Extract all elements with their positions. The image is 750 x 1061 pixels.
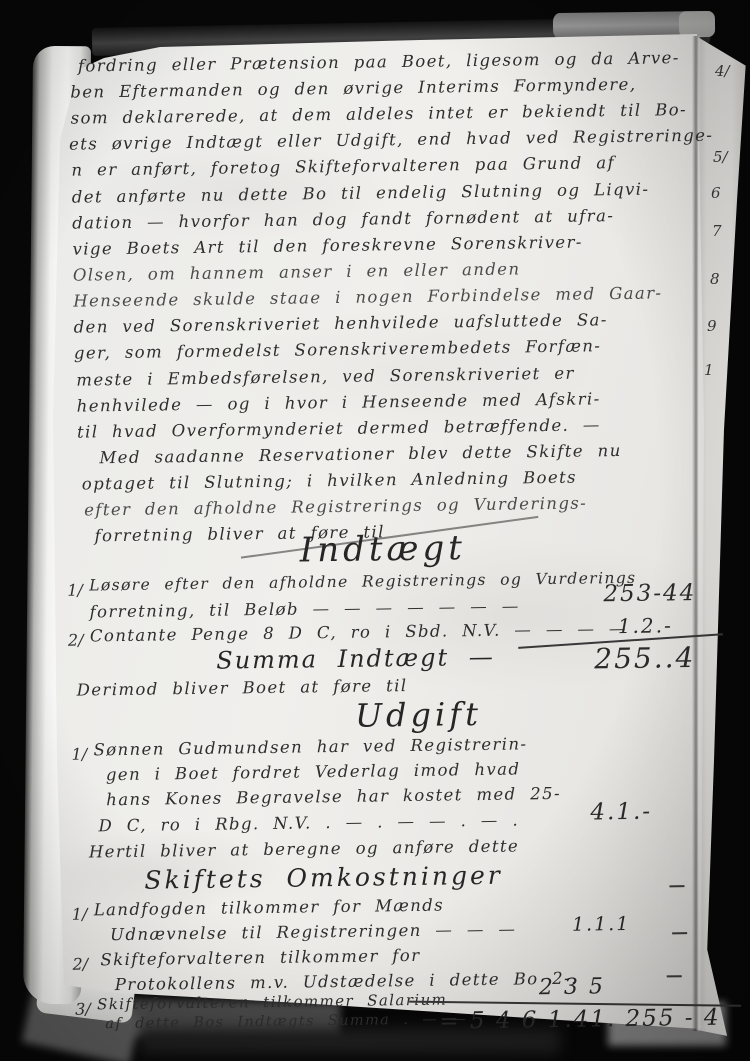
manuscript-line: ger, som formedelst Sorenskriverembedets… <box>74 336 602 362</box>
manuscript-line: som deklarerede, at dem aldeles intet er… <box>71 100 688 128</box>
amount-value: 1.2.- <box>618 613 673 638</box>
manuscript-line: meste i Embedsførelsen, ved Sorenskriver… <box>76 364 575 390</box>
manuscript-line: D C, ro i Rbg. N.V. . — . — — . — . <box>98 810 519 835</box>
manuscript-line: fordring eller Prætension paa Boet, lige… <box>78 48 680 75</box>
manuscript-line: Hertil bliver at beregne og anføre dette <box>89 836 519 861</box>
amount-value: 253-44 <box>603 580 696 607</box>
manuscript-line: af dette Bos Indtægts Summa . — — <box>105 1011 467 1032</box>
manuscript-line: Henseende skulde staae i nogen Forbindel… <box>73 283 662 310</box>
manuscript-line: henhvilede — og i hvor i Henseende med A… <box>77 389 601 415</box>
item-marker: 1/ <box>71 744 87 763</box>
stray-ink-mark <box>672 932 687 934</box>
item-marker: 1/ <box>72 905 88 924</box>
item-marker: 1/ <box>67 581 83 600</box>
manuscript-line: ets øvrige Indtægt eller Udgift, end hva… <box>69 126 713 154</box>
manuscript-line: dation — hvorfor han dog fandt fornødent… <box>72 206 614 233</box>
manuscript-line: forretning, til Beløb — — — — — — — <box>89 596 519 621</box>
item-marker: 2/ <box>68 631 84 650</box>
manuscript-line: Landfogden tilkommer for Mænds <box>94 896 445 920</box>
manuscript-line: hans Kones Begravelse har kostet med 25- <box>106 784 561 809</box>
scanned-manuscript-photo: 4/ 5/ 6 7 8 9 1 fordring eller Prætensio… <box>0 0 750 1061</box>
manuscript-line: Med saadanne Reservationer blev dette Sk… <box>99 441 621 467</box>
manuscript-line: den ved Sorenskriveriet henhvilede uafsl… <box>73 310 607 336</box>
manuscript-line: vige Boets Art til den foreskrevne Soren… <box>72 233 583 259</box>
section-heading-indtaegt: Indtægt <box>299 528 466 570</box>
manuscript-line: gen i Boet fordret Vederlag imod hvad <box>106 759 521 784</box>
manuscript-line: Protokollens m.v. Udstædelse i dette Bo … <box>115 969 578 994</box>
amount-value: 4.1.- <box>590 799 652 826</box>
stray-ink-mark <box>667 975 682 977</box>
section-heading-udgift: Udgift <box>355 695 482 735</box>
manuscript-line: ben Eftermanden og den øvrige Interims F… <box>70 75 636 102</box>
manuscript-line: Udnævnelse til Registreringen — — — <box>110 920 516 945</box>
manuscript-line: optaget til Slutning; i hvilken Anlednin… <box>82 468 577 494</box>
item-marker: 3/ <box>75 999 91 1018</box>
amount-value: 1.1.1 <box>572 913 631 936</box>
manuscript-line: Contante Penge 8 D C, ro i Sbd. N.V. — —… <box>90 619 627 645</box>
item-marker: 2/ <box>72 955 88 974</box>
manuscript-line: Skifteforvalteren tilkommer Salarium <box>97 990 447 1013</box>
manuscript-line: n er anført, foretog Skifteforvalteren p… <box>71 153 615 180</box>
grand-total: = 5 4 6 1.41. 255 - 4 <box>439 1005 721 1035</box>
manuscript-line: Sønnen Gudmundsen har ved Registrerin- <box>93 734 527 759</box>
section-heading-omkostninger: Skiftets Omkostninger <box>144 861 503 895</box>
page-content: fordring eller Prætension paa Boet, lige… <box>57 20 731 1044</box>
manuscript-line: Løsøre efter den afholdne Registrerings … <box>89 569 636 595</box>
stray-ink-mark <box>669 885 684 887</box>
manuscript-line: Skifteforvalteren tilkommer for <box>100 946 420 969</box>
manuscript-line: det anførte nu dette Bo til endelig Slut… <box>72 180 650 207</box>
summa-label: Summa Indtægt — <box>216 643 495 675</box>
amount-value: 2 3 5 <box>539 974 605 1000</box>
summa-amount: 255..4 <box>594 641 696 675</box>
manuscript-line: efter den afholdne Registrerings og Vurd… <box>84 493 587 519</box>
manuscript-line: til hvad Overformynderiet dermed betræff… <box>77 415 601 441</box>
manuscript-line: Olsen, om hannem anser i en eller anden <box>73 259 521 284</box>
